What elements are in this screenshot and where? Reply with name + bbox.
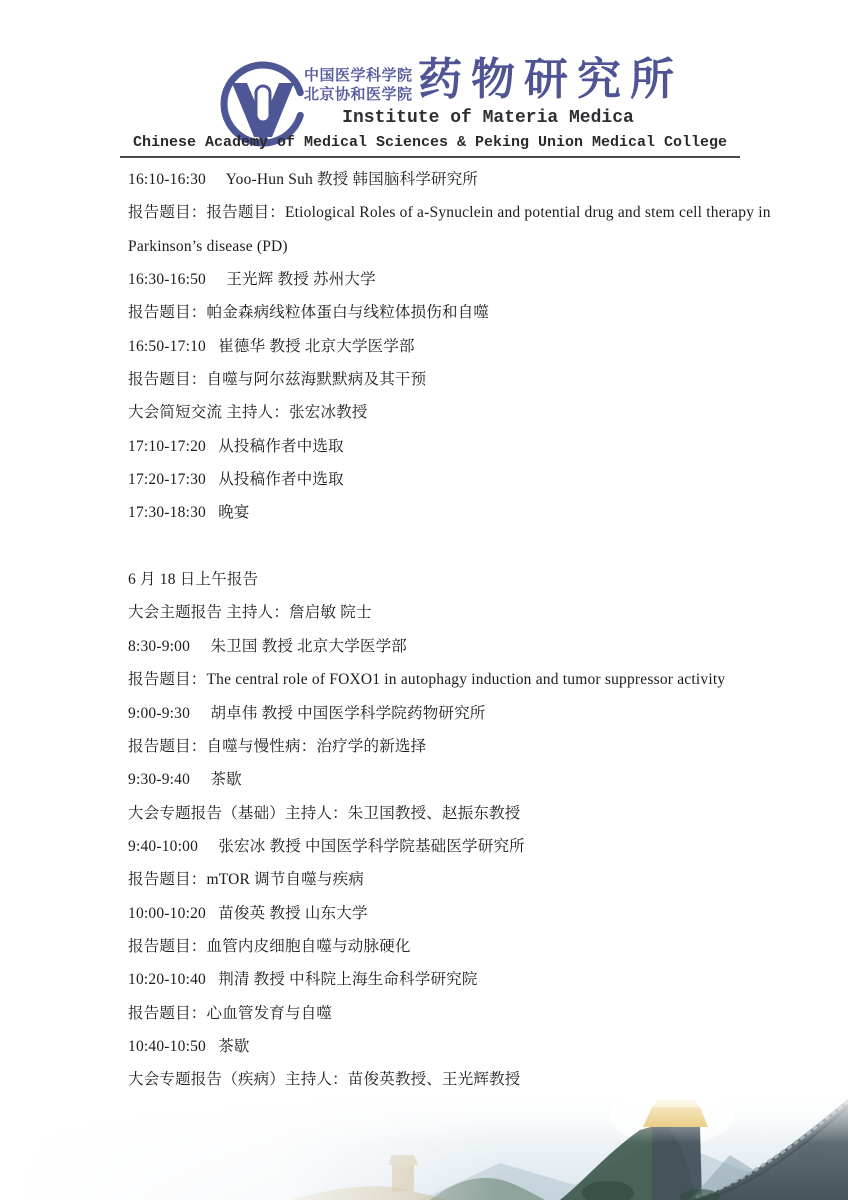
schedule-line: 报告题目：血管内皮细胞自噬与动脉硬化 [128,930,748,963]
org-name-cn-line2: 北京协和医学院 [304,85,413,104]
schedule-line: 报告题目：帕金森病线粒体蛋白与线粒体损伤和自噬 [128,296,748,329]
conference-schedule: 16:10-16:30 Yoo-Hun Suh 教授 韩国脑科学研究所 报告题目… [128,163,748,1097]
schedule-date-heading: 6 月 18 日上午报告 [128,563,748,596]
schedule-line: 报告题目：The central role of FOXO1 in autoph… [128,663,748,696]
schedule-line: 17:20-17:30 从投稿作者中选取 [128,463,748,496]
institute-name-english: Institute of Materia Medica [318,108,658,128]
schedule-line: 17:30-18:30 晚宴 [128,496,748,529]
program-page: 中国医学科学院 北京协和医学院 药物研究所 Institute of Mater… [0,0,848,1200]
org-name-cn-line1: 中国医学科学院 [304,66,413,85]
schedule-line: 9:30-9:40 茶歇 [128,763,748,796]
schedule-line: 大会简短交流 主持人：张宏冰教授 [128,396,748,429]
schedule-line: Parkinson’s disease (PD) [128,230,748,263]
logo-pestle [256,86,270,122]
schedule-line: 16:50-17:10 崔德华 教授 北京大学医学部 [128,330,748,363]
institute-name-chinese: 药物研究所 [418,54,683,106]
schedule-line: 报告题目：报告题目：Etiological Roles of a-Synucle… [128,196,748,229]
left-fade-overlay [0,1085,500,1200]
schedule-line: 报告题目：心血管发育与自噬 [128,997,748,1030]
schedule-line: 报告题目：mTOR 调节自噬与疾病 [128,863,748,896]
academy-name-english: Chinese Academy of Medical Sciences & Pe… [120,134,740,158]
schedule-line: 大会专题报告（基础）主持人：朱卫国教授、赵振东教授 [128,797,748,830]
org-name-chinese: 中国医学科学院 北京协和医学院 [304,66,413,104]
schedule-line: 16:30-16:50 王光辉 教授 苏州大学 [128,263,748,296]
letterhead: 中国医学科学院 北京协和医学院 药物研究所 Institute of Mater… [0,0,848,162]
schedule-line: 9:00-9:30 胡卓伟 教授 中国医学科学院药物研究所 [128,697,748,730]
schedule-line: 10:20-10:40 荆清 教授 中科院上海生命科学研究院 [128,963,748,996]
schedule-line: 大会专题报告（疾病）主持人：苗俊英教授、王光辉教授 [128,1063,748,1096]
schedule-line: 报告题目：自噬与阿尔兹海默默病及其干预 [128,363,748,396]
schedule-line: 17:10-17:20 从投稿作者中选取 [128,430,748,463]
great-wall-watermark-image [0,1085,848,1200]
schedule-line: 8:30-9:00 朱卫国 教授 北京大学医学部 [128,630,748,663]
schedule-blank-line [128,530,748,563]
schedule-line: 16:10-16:30 Yoo-Hun Suh 教授 韩国脑科学研究所 [128,163,748,196]
schedule-line: 10:40-10:50 茶歇 [128,1030,748,1063]
schedule-line: 9:40-10:00 张宏冰 教授 中国医学科学院基础医学研究所 [128,830,748,863]
schedule-line: 大会主题报告 主持人：詹启敏 院士 [128,596,748,629]
schedule-line: 10:00-10:20 苗俊英 教授 山东大学 [128,897,748,930]
schedule-line: 报告题目：自噬与慢性病：治疗学的新选择 [128,730,748,763]
